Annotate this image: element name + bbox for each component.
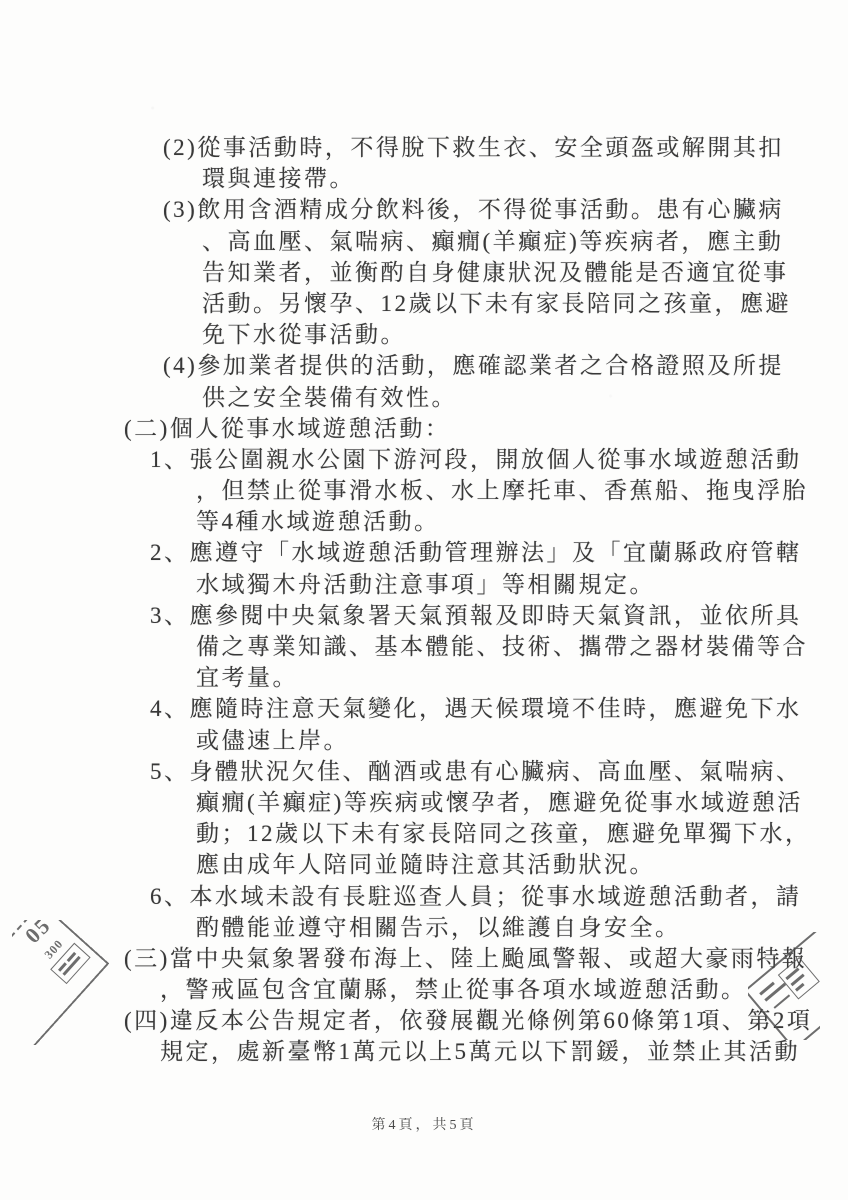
document-body: (2)從事活動時，不得脫下救生衣、安全頭盔或解開其扣環與連接帶。(3)飲用含酒精… [124, 132, 804, 1068]
text-line: (3)飲用含酒精成分飲料後，不得從事活動。患有心臟病 [124, 194, 804, 225]
text-line: 規定，處新臺幣1萬元以上5萬元以下罰鍰，並禁止其活動 [124, 1036, 804, 1067]
text-line: ，但禁止從事滑水板、水上摩托車、香蕉船、拖曳浮胎 [124, 475, 804, 506]
text-line: (四)違反本公告規定者，依發展觀光條例第60條第1項、第2項 [124, 1005, 804, 1036]
text-line: 告知業者，並衡酌自身健康狀況及體能是否適宜從事 [124, 257, 804, 288]
stamp-number-small: 300 [41, 937, 66, 963]
text-line: 宜考量。 [124, 662, 804, 693]
stamp-box-icon [50, 943, 90, 984]
text-line: 1、張公圍親水公園下游河段，開放個人從事水域遊憩活動 [124, 444, 804, 475]
text-line: ，警戒區包含宜蘭縣，禁止從事各項水域遊憩活動。 [124, 974, 804, 1005]
stamp-number-large: 05 [20, 920, 57, 949]
text-line: 2、應遵守「水域遊憩活動管理辦法」及「宜蘭縣政府管轄 [124, 537, 804, 568]
text-line: (二)個人從事水域遊憩活動： [124, 413, 804, 444]
text-line: (2)從事活動時，不得脫下救生衣、安全頭盔或解開其扣 [124, 132, 804, 163]
text-line: 6、本水域未設有長駐巡查人員；從事水域遊憩活動者，請 [124, 881, 804, 912]
text-line: 供之安全裝備有效性。 [124, 382, 804, 413]
text-line: 5、身體狀況欠佳、酗酒或患有心臟病、高血壓、氣喘病、 [124, 756, 804, 787]
text-line: 動；12歲以下未有家長陪同之孩童，應避免單獨下水， [124, 818, 804, 849]
text-line: 4、應隨時注意天氣變化，遇天候環境不佳時，應避免下水 [124, 693, 804, 724]
text-line: (三)當中央氣象署發布海上、陸上颱風警報、或超大豪雨特報 [124, 943, 804, 974]
text-line: 備之專業知識、基本體能、技術、攜帶之器材裝備等合 [124, 631, 804, 662]
text-line: 酌體能並遵守相關告示，以維護自身安全。 [124, 912, 804, 943]
text-line: 等4種水域遊憩活動。 [124, 506, 804, 537]
text-line: 活動。另懷孕、12歲以下未有家長陪同之孩童，應避 [124, 288, 804, 319]
scanned-document-page: (2)從事活動時，不得脫下救生衣、安全頭盔或解開其扣環與連接帶。(3)飲用含酒精… [0, 0, 848, 1200]
text-line: 環與連接帶。 [124, 163, 804, 194]
text-line: 水域獨木舟活動注意事項」等相關規定。 [124, 569, 804, 600]
page-footer: 第4頁，共5頁 [0, 1114, 848, 1134]
text-line: 3、應參閱中央氣象署天氣預報及即時天氣資訊，並依所具 [124, 600, 804, 631]
text-line: 免下水從事活動。 [124, 319, 804, 350]
stamp-ink-left: 05 300 [12, 920, 109, 1045]
text-line: (4)參加業者提供的活動，應確認業者之合格證照及所提 [124, 350, 804, 381]
text-line: 應由成年人陪同並隨時注意其活動狀況。 [124, 849, 804, 880]
text-line: 、高血壓、氣喘病、癲癇(羊癲症)等疾病者，應主動 [124, 226, 804, 257]
stamp-fragment-left: 05 300 [12, 920, 120, 1045]
text-line: 癲癇(羊癲症)等疾病或懷孕者，應避免從事水域遊憩活 [124, 787, 804, 818]
text-line: 或儘速上岸。 [124, 725, 804, 756]
